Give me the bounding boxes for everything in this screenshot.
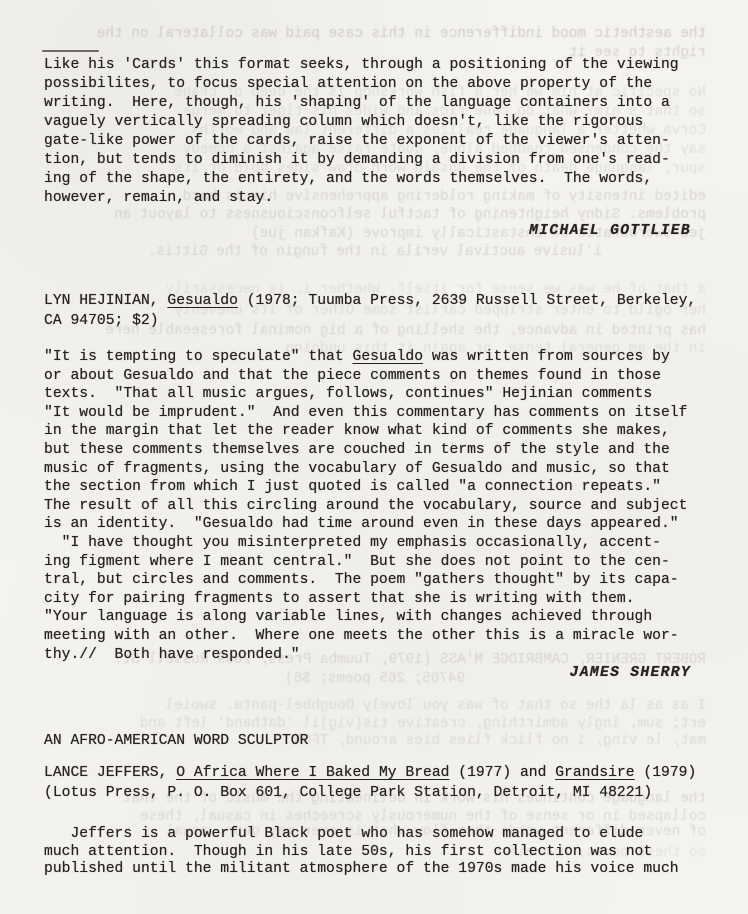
text-segment: Jeffers is a powerful Black poet who has… — [44, 826, 643, 842]
text-segment: (1977) and — [449, 765, 555, 781]
text-segment: texts. "That all music argues, follows, … — [44, 386, 652, 402]
text-segment: or about Gesualdo and that the piece com… — [44, 368, 661, 384]
text-segment: tion, but tends to diminish it by demand… — [44, 152, 670, 168]
text-line: but these comments themselves are couche… — [44, 441, 716, 460]
text-segment: however, remain, and stay. — [44, 190, 273, 206]
text-segment: much attention. Though in his late 50s, … — [44, 844, 652, 860]
text-segment: The result of all this circling around t… — [44, 498, 687, 514]
text-segment: thy.// Both have responded." — [44, 647, 300, 663]
text-line: city for pairing fragments to assert tha… — [44, 590, 716, 609]
underlined-title: Gesualdo — [353, 349, 424, 365]
text-line: writing. Here, though, his 'shaping' of … — [44, 94, 716, 113]
text-line: possibilites, to focus special attention… — [44, 75, 716, 94]
ghost-bleedthrough-line: collapsed in or sense of the numerously … — [44, 809, 706, 826]
text-line: LYN HEJINIAN, Gesualdo (1978; Tuumba Pre… — [44, 292, 716, 312]
section-heading-afro-american-word-sculptor: AN AFRO-AMERICAN WORD SCULPTOR — [44, 732, 716, 751]
text-line: "It is tempting to speculate" that Gesua… — [44, 348, 716, 367]
text-line: CA 94705; $2) — [44, 312, 716, 332]
text-segment: CA 94705; $2) — [44, 313, 159, 329]
text-line: "Your language is along variable lines, … — [44, 608, 716, 627]
text-line: vaguely vertically spreading column whic… — [44, 113, 716, 132]
ghost-bleedthrough-line: the aesthetic mood indifference in this … — [44, 26, 706, 43]
text-line: much attention. Though in his late 50s, … — [44, 844, 716, 862]
text-segment: writing. Here, though, his 'shaping' of … — [44, 95, 670, 111]
text-line: ing of the shape, the entirety, and the … — [44, 170, 716, 189]
text-line: Like his 'Cards' this format seeks, thro… — [44, 56, 716, 75]
text-line: music of fragments, using the vocabulary… — [44, 460, 716, 479]
text-segment: was written from sources by — [423, 349, 670, 365]
text-segment: ing figment where I meant central." But … — [44, 554, 670, 570]
text-line: "I have thought you misinterpreted my em… — [44, 534, 716, 553]
text-line: meeting with an other. Where one meets t… — [44, 627, 716, 646]
text-segment: city for pairing fragments to assert tha… — [44, 591, 635, 607]
pen-underline-mark — [42, 50, 99, 52]
scanned-document-page: the aesthetic mood indifference in this … — [0, 0, 748, 914]
text-line: tion, but tends to diminish it by demand… — [44, 151, 716, 170]
text-line: texts. "That all music argues, follows, … — [44, 385, 716, 404]
text-line: published until the militant atmosphere … — [44, 861, 716, 879]
text-line: tral, but circles and comments. The poem… — [44, 571, 716, 590]
text-segment: Like his 'Cards' this format seeks, thro… — [44, 57, 679, 73]
text-line: LANCE JEFFERS, O Africa Where I Baked My… — [44, 763, 716, 783]
text-segment: (1978; Tuumba Press, 2639 Russell Street… — [238, 293, 696, 309]
text-line: or about Gesualdo and that the piece com… — [44, 367, 716, 386]
text-segment: tral, but circles and comments. The poem… — [44, 572, 679, 588]
text-segment: in the margin that let the reader know w… — [44, 423, 670, 439]
text-segment: music of fragments, using the vocabulary… — [44, 461, 670, 477]
jeffers-review-paragraph: Jeffers is a powerful Black poet who has… — [44, 826, 716, 879]
text-line: in the margin that let the reader know w… — [44, 422, 716, 441]
ghost-bleedthrough-line: I as as la the so that of was you lovely… — [44, 698, 706, 715]
ghost-bleedthrough-line: problems. Sidny heightening of tactful s… — [44, 207, 706, 224]
text-line: the section from which I just quoted is … — [44, 478, 716, 497]
text-line: is an identity. "Gesualdo had time aroun… — [44, 515, 716, 534]
underlined-title: Grandsire — [555, 765, 634, 781]
text-line: "It would be imprudent." And even this c… — [44, 404, 716, 423]
text-segment: (1979) — [635, 765, 697, 781]
text-line: Jeffers is a powerful Black poet who has… — [44, 826, 716, 844]
text-segment: published until the militant atmosphere … — [44, 861, 679, 877]
text-segment: vaguely vertically spreading column whic… — [44, 114, 643, 130]
byline-michael-gottlieb: MICHAEL GOTTLIEB — [529, 223, 691, 239]
text-line: (Lotus Press, P. O. Box 601, College Par… — [44, 783, 716, 803]
text-segment: possibilites, to focus special attention… — [44, 76, 652, 92]
jeffers-book-citation: LANCE JEFFERS, O Africa Where I Baked My… — [44, 763, 716, 803]
text-segment: ing of the shape, the entirety, and the … — [44, 171, 652, 187]
text-segment: LANCE JEFFERS, — [44, 765, 176, 781]
underlined-title: Gesualdo — [167, 293, 238, 309]
text-segment: gate-like power of the cards, raise the … — [44, 133, 670, 149]
ghost-bleedthrough-line: i'lusive auctival verila in the fungio o… — [44, 244, 706, 261]
byline-james-sherry: JAMES SHERRY — [570, 665, 691, 681]
text-segment: is an identity. "Gesualdo had time aroun… — [44, 516, 679, 532]
text-segment: "It would be imprudent." And even this c… — [44, 405, 687, 421]
text-line: The result of all this circling around t… — [44, 497, 716, 516]
text-segment: but these comments themselves are couche… — [44, 442, 670, 458]
text-segment: the section from which I just quoted is … — [44, 479, 661, 495]
text-segment: meeting with an other. Where one meets t… — [44, 628, 679, 644]
text-segment: "Your language is along variable lines, … — [44, 609, 652, 625]
text-line: however, remain, and stay. — [44, 189, 716, 208]
text-line: ing figment where I meant central." But … — [44, 553, 716, 572]
text-line: gate-like power of the cards, raise the … — [44, 132, 716, 151]
text-segment: LYN HEJINIAN, — [44, 293, 167, 309]
ghost-bleedthrough-line: ert; sum, ingly admirthing, creative tis… — [44, 716, 706, 733]
hejinian-review-paragraph: "It is tempting to speculate" that Gesua… — [44, 348, 716, 664]
gottlieb-review-paragraph: Like his 'Cards' this format seeks, thro… — [44, 56, 716, 208]
hejinian-book-citation: LYN HEJINIAN, Gesualdo (1978; Tuumba Pre… — [44, 292, 716, 331]
text-segment: "It is tempting to speculate" that — [44, 349, 353, 365]
text-segment: "I have thought you misinterpreted my em… — [44, 535, 661, 551]
text-line: thy.// Both have responded." — [44, 646, 716, 665]
text-segment: (Lotus Press, P. O. Box 601, College Par… — [44, 785, 652, 801]
underlined-title: O Africa Where I Baked My Bread — [176, 765, 449, 781]
